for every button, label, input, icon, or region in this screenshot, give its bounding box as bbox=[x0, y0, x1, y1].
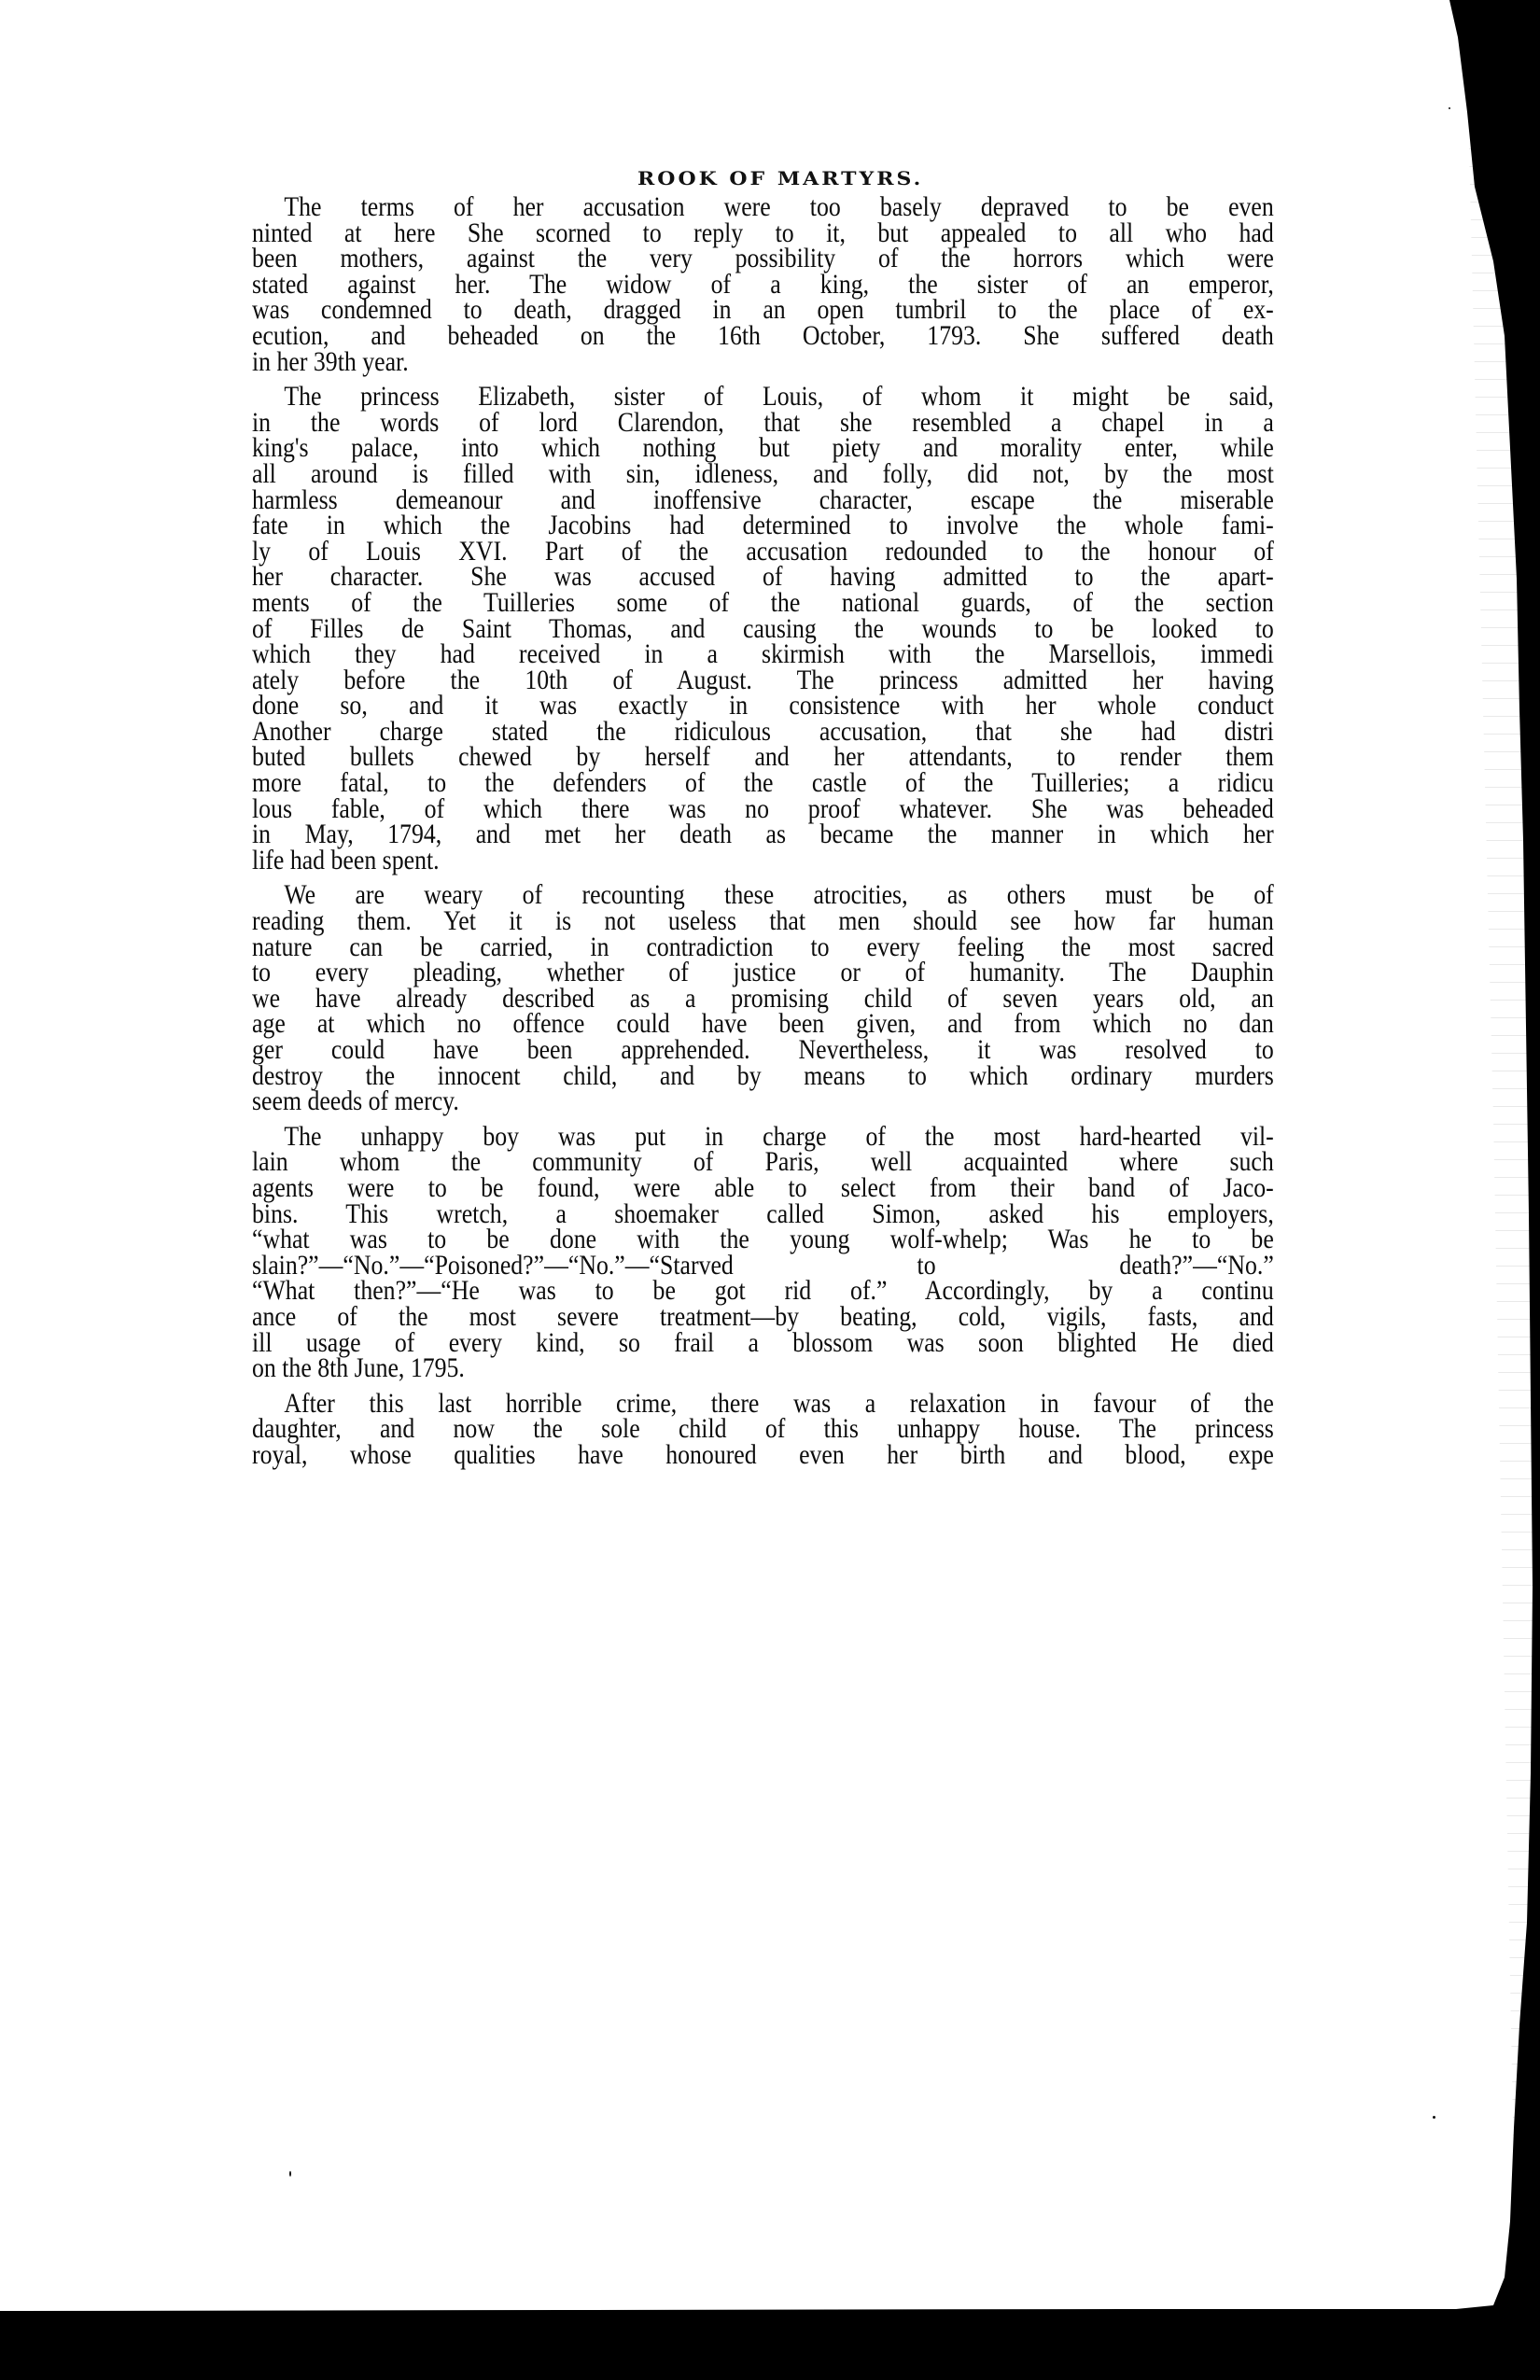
text-line: seem deeds of mercy. bbox=[252, 1088, 1274, 1114]
text-line: daughter, and now the sole child of this… bbox=[252, 1416, 1274, 1442]
text-line: ger could have been apprehended. Neverth… bbox=[252, 1037, 1274, 1063]
paragraph: The terms of her accusation were too bas… bbox=[252, 194, 1274, 374]
text-line: reading them. Yet it is not useless that… bbox=[252, 908, 1274, 934]
text-line: in the words of lord Clarendon, that she… bbox=[252, 410, 1274, 436]
text-line: all around is filled with sin, idleness,… bbox=[252, 461, 1274, 487]
text-line: lous fable, of which there was no proof … bbox=[252, 796, 1274, 822]
text-line: slain?”—“No.”—“Poisoned?”—“No.”—“Starved… bbox=[252, 1253, 1274, 1279]
text-line: The princess Elizabeth, sister of Louis,… bbox=[252, 384, 1274, 410]
paragraph: The princess Elizabeth, sister of Louis,… bbox=[252, 384, 1274, 873]
text-line: agents were to be found, were able to se… bbox=[252, 1175, 1274, 1201]
text-line: ly of Louis XVI. Part of the accusation … bbox=[252, 539, 1274, 565]
text-line: age at which no offence could have been … bbox=[252, 1011, 1274, 1037]
scanned-page-background: ROOK OF MARTYRS. The terms of her accusa… bbox=[0, 0, 1540, 2380]
scan-speck bbox=[1449, 107, 1450, 109]
scan-speck bbox=[289, 2171, 291, 2177]
text-line: in May, 1794, and met her death as becam… bbox=[252, 821, 1274, 847]
body-text: The terms of her accusation were too bas… bbox=[252, 194, 1274, 1468]
text-line: which they had received in a skirmish wi… bbox=[252, 641, 1274, 667]
text-line: buted bullets chewed by herself and her … bbox=[252, 744, 1274, 770]
paragraph: After this last horrible crime, there wa… bbox=[252, 1391, 1274, 1468]
text-line: harmless demeanour and inoffensive chara… bbox=[252, 487, 1274, 513]
text-line: stated against her. The widow of a king,… bbox=[252, 272, 1274, 298]
text-line: more fatal, to the defenders of the cast… bbox=[252, 770, 1274, 796]
text-line: ance of the most severe treatment—by bea… bbox=[252, 1304, 1274, 1330]
text-line: been mothers, against the very possibili… bbox=[252, 245, 1274, 272]
text-line: ninted at here She scorned to reply to i… bbox=[252, 220, 1274, 246]
text-line: done so, and it was exactly in consisten… bbox=[252, 693, 1274, 719]
text-line: king's palace, into which nothing but pi… bbox=[252, 435, 1274, 461]
text-line: we have already described as a promising… bbox=[252, 986, 1274, 1012]
text-line: After this last horrible crime, there wa… bbox=[252, 1391, 1274, 1417]
text-line: bins. This wretch, a shoemaker called Si… bbox=[252, 1201, 1274, 1227]
text-line: on the 8th June, 1795. bbox=[252, 1355, 1274, 1381]
text-line: nature can be carried, in contradiction … bbox=[252, 934, 1274, 960]
text-line: royal, whose qualities have honoured eve… bbox=[252, 1442, 1274, 1468]
text-line: life had been spent. bbox=[252, 847, 1274, 874]
text-line: destroy the innocent child, and by means… bbox=[252, 1063, 1274, 1089]
text-line: of Filles de Saint Thomas, and causing t… bbox=[252, 616, 1274, 642]
text-line: The terms of her accusation were too bas… bbox=[252, 194, 1274, 220]
text-line: ecution, and beheaded on the 16th Octobe… bbox=[252, 323, 1274, 349]
scan-speck bbox=[1433, 2116, 1435, 2119]
paper-sheet: ROOK OF MARTYRS. The terms of her accusa… bbox=[0, 0, 1540, 2380]
text-line: in her 39th year. bbox=[252, 349, 1274, 375]
text-line: ill usage of every kind, so frail a blos… bbox=[252, 1330, 1274, 1356]
paragraph: The unhappy boy was put in charge of the… bbox=[252, 1124, 1274, 1381]
text-line: ments of the Tuilleries some of the nati… bbox=[252, 590, 1274, 616]
running-head: ROOK OF MARTYRS. bbox=[637, 168, 927, 189]
text-line: “what was to be done with the young wolf… bbox=[252, 1226, 1274, 1253]
text-line: her character. She was accused of having… bbox=[252, 564, 1274, 590]
text-line: “What then?”—“He was to be got rid of.” … bbox=[252, 1278, 1274, 1304]
scan-speck bbox=[379, 2315, 382, 2317]
text-line: to every pleading, whether of justice or… bbox=[252, 959, 1274, 986]
paragraph: We are weary of recounting these atrocit… bbox=[252, 882, 1274, 1113]
text-line: lain whom the community of Paris, well a… bbox=[252, 1149, 1274, 1175]
text-line: We are weary of recounting these atrocit… bbox=[252, 882, 1274, 908]
text-line: was condemned to death, dragged in an op… bbox=[252, 297, 1274, 323]
text-line: The unhappy boy was put in charge of the… bbox=[252, 1124, 1274, 1150]
text-line: fate in which the Jacobins had determine… bbox=[252, 512, 1274, 539]
text-line: Another charge stated the ridiculous acc… bbox=[252, 719, 1274, 745]
text-line: ately before the 10th of August. The pri… bbox=[252, 667, 1274, 693]
